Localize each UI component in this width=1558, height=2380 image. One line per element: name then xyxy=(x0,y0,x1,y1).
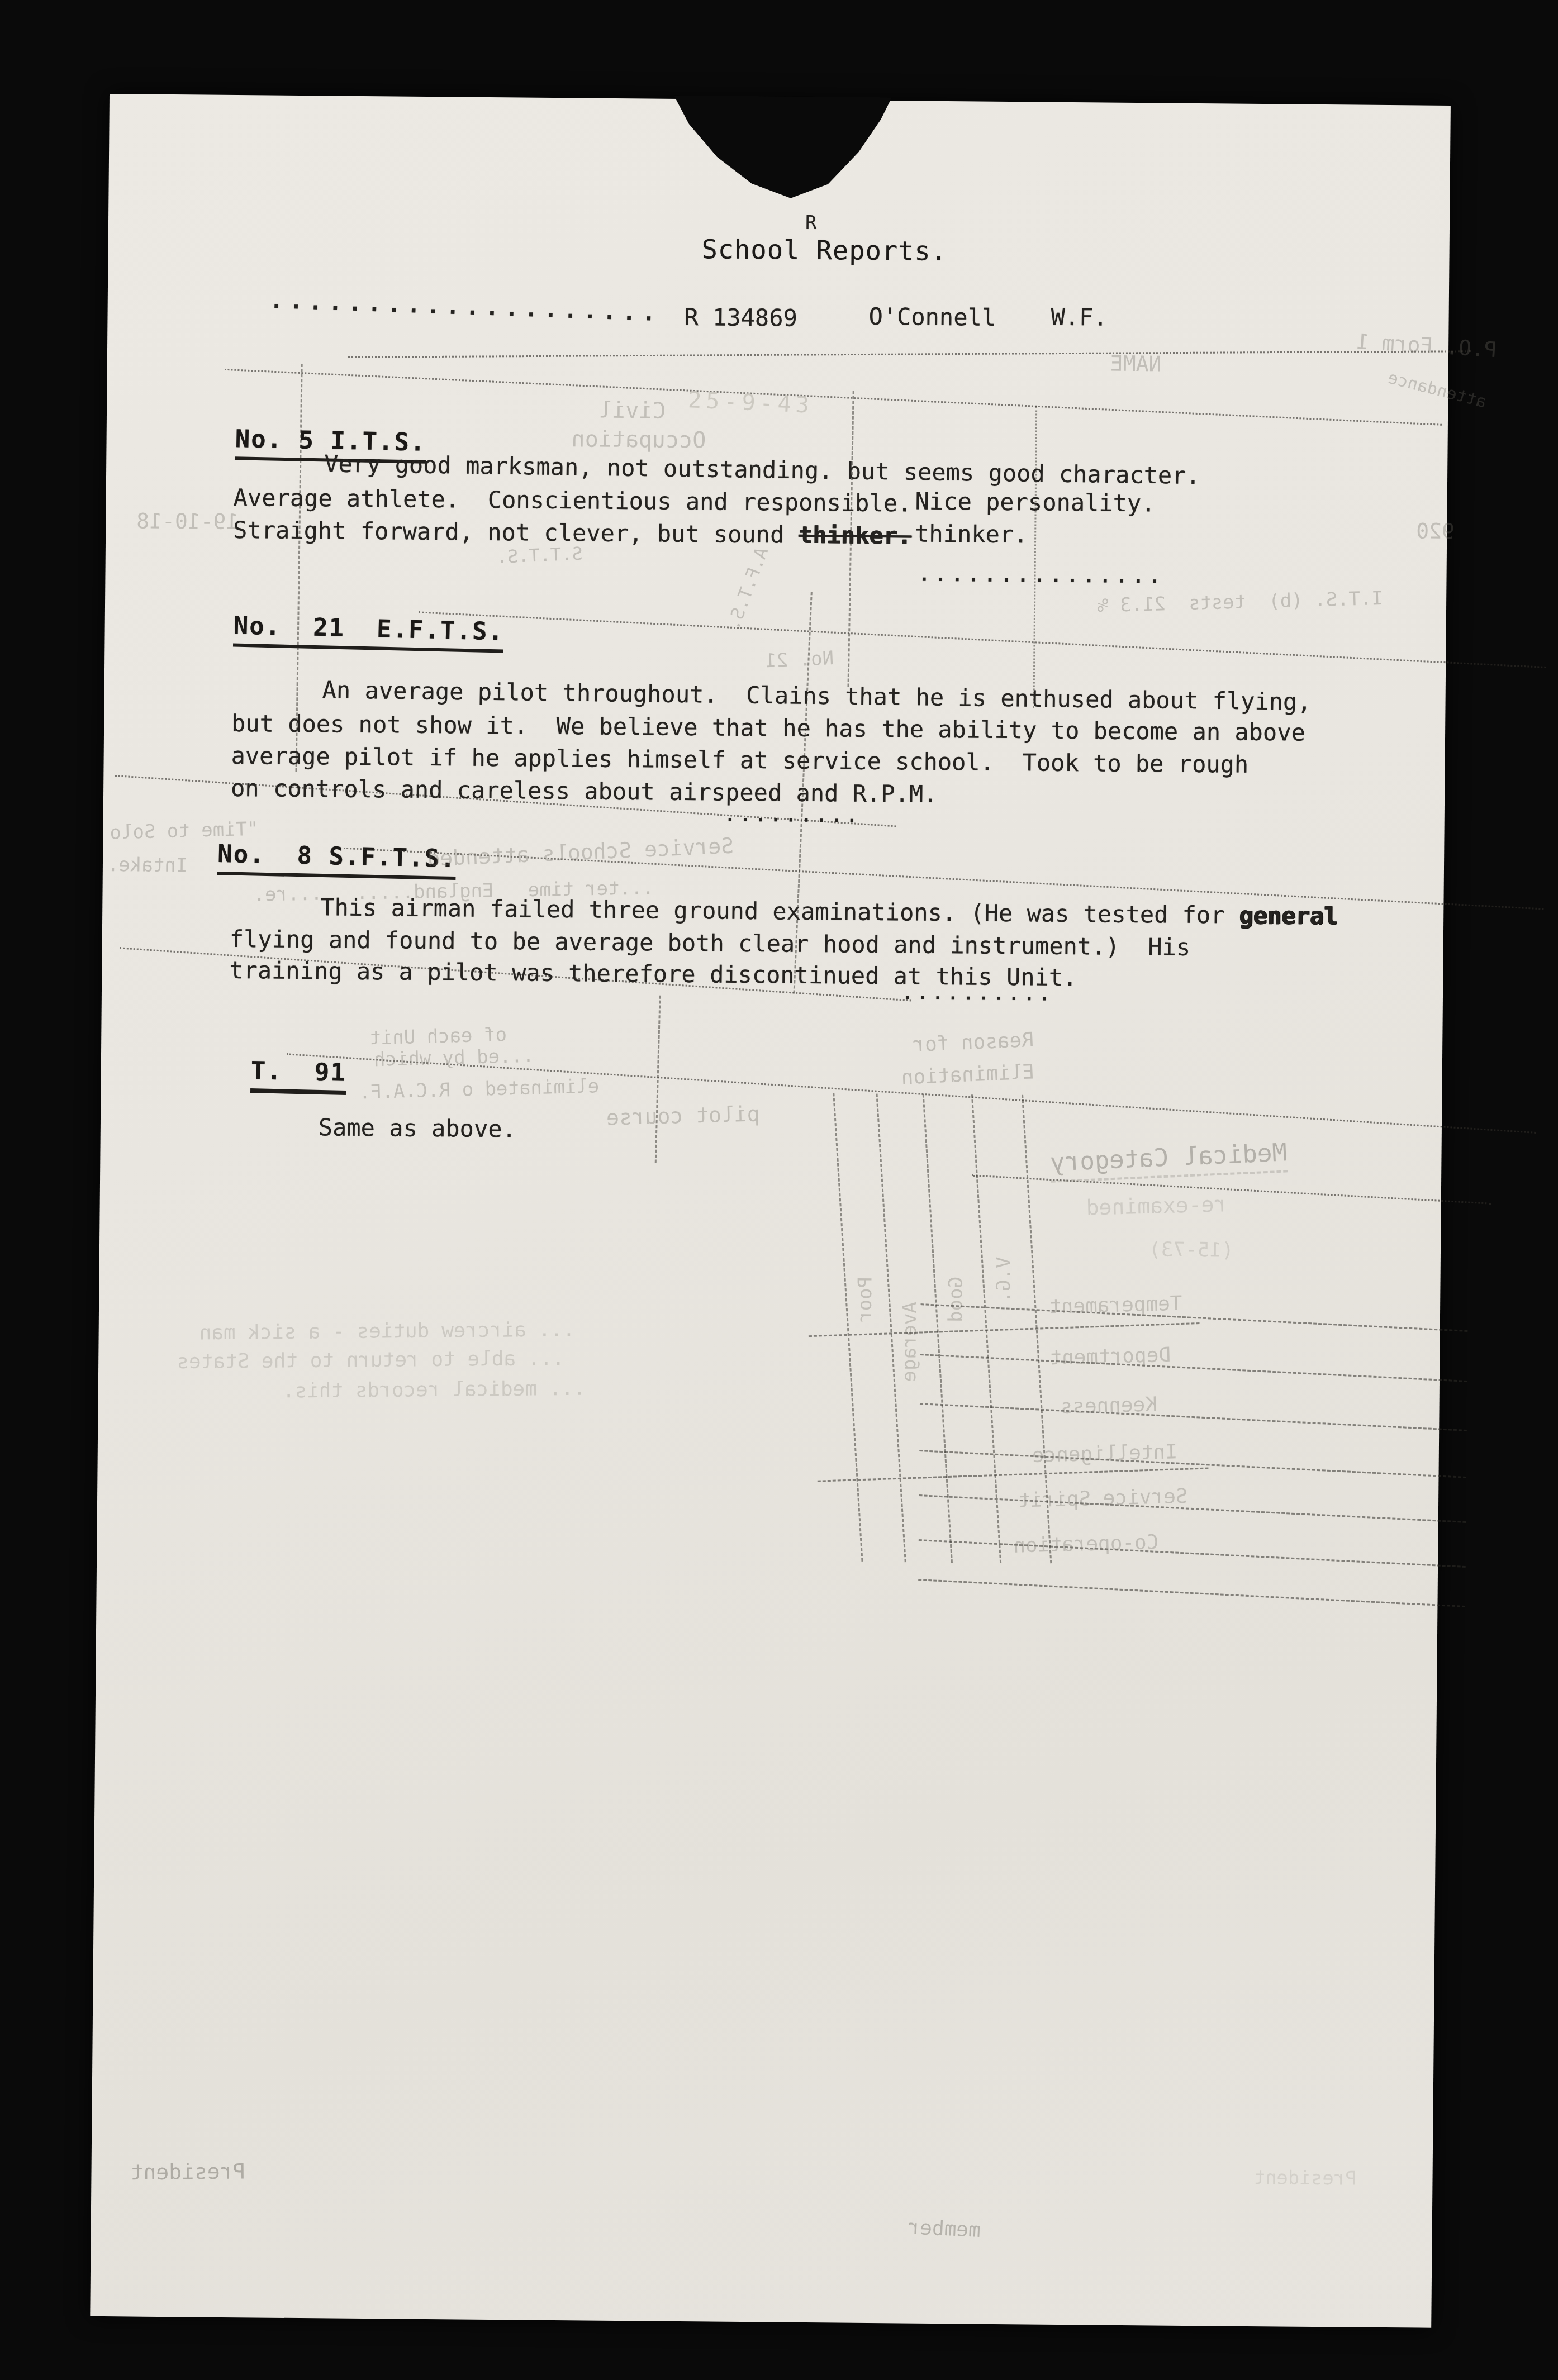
rule-line xyxy=(348,350,1471,358)
bleed-civil: Civil xyxy=(598,398,666,424)
bleed-date-left: 19-10-18 xyxy=(136,508,239,534)
its5-line3-pre: Straight forward, not clever, but sound xyxy=(233,516,799,549)
bleed-intake: Intake. xyxy=(107,854,188,877)
grid-vline xyxy=(923,1094,953,1563)
leader-dots: .................... xyxy=(269,287,662,327)
its5-line3-right: thinker. xyxy=(915,520,1028,549)
bleed-po-form: P.O. Form 1 xyxy=(1356,329,1498,362)
its5-line3-struck: thinker. xyxy=(798,521,911,550)
bleed-afts: A.F.T.S. xyxy=(723,544,773,632)
grid-col-poor: Poor xyxy=(854,1277,877,1322)
bleed-name-label: NAME xyxy=(1110,351,1162,377)
bleed-president-right: President xyxy=(1253,2167,1357,2190)
bleed-920: 920 xyxy=(1416,518,1455,544)
rule-vline xyxy=(1033,406,1037,708)
efts21-line4: on controls and careless about airspeed … xyxy=(231,774,938,808)
bleed-sent-by: ...ed by which xyxy=(373,1045,534,1071)
bleed-no21: No. 21 xyxy=(764,647,834,672)
grid-hline xyxy=(809,1322,1200,1337)
rule-vline xyxy=(655,996,661,1163)
document-paper: R School Reports. .................... R… xyxy=(90,94,1451,2328)
its5-dots: ............... xyxy=(918,564,1165,589)
bleed-para-2: ... able to return to the States xyxy=(177,1347,564,1373)
grid-vline xyxy=(833,1093,863,1562)
sfts8-line1-struck: general xyxy=(1239,902,1338,930)
surname: O'Connell xyxy=(868,303,996,332)
bleed-its-b: I.T.S. (b) tests 21.3 % xyxy=(1097,587,1384,617)
bleed-sts: S.T.T.S. xyxy=(496,542,583,568)
row-co-operation: Co-operation xyxy=(1013,1531,1159,1558)
initials: W.F. xyxy=(1051,303,1108,332)
overtype-r: R xyxy=(805,212,817,235)
bleed-occupation: Occupation xyxy=(571,426,706,453)
row-service-spirit: Service Spirit xyxy=(1018,1485,1188,1512)
grid-col-average: Average xyxy=(898,1302,921,1382)
bleed-date-stamp: 25-9-43 xyxy=(687,387,814,418)
row-intelligence: Intelligence xyxy=(1032,1440,1177,1467)
service-number: R 134869 xyxy=(684,303,797,332)
sfts8-line2: flying and found to be average both clea… xyxy=(230,925,1191,961)
its5-line1: Very good marksman, not outstanding. but… xyxy=(324,450,1200,490)
its5-line2-left: Average athlete. Conscientious and respo… xyxy=(233,484,911,518)
row-line xyxy=(918,1579,1465,1607)
row-keenness: Keenness xyxy=(1060,1393,1157,1419)
bleed-para-3: ... medical records this. xyxy=(283,1377,586,1403)
bleed-eliminated: eliminated o R.C.A.F. xyxy=(359,1075,600,1103)
bleed-member: member xyxy=(908,2216,981,2242)
rule-line xyxy=(419,611,1546,668)
bleed-para-1: ... aircrew duties - a sick man xyxy=(199,1318,575,1344)
rule-line xyxy=(225,369,1442,426)
bleed-reason-for: Reason for xyxy=(912,1029,1034,1056)
section-heading-sfts8: No. 8 S.F.T.S. xyxy=(217,840,457,880)
section-heading-efts21: No. 21 E.F.T.S. xyxy=(233,612,505,653)
t91-line1: Same as above. xyxy=(319,1113,516,1143)
grid-hline xyxy=(818,1467,1209,1482)
bleed-time-to-solo: "Time to Solo xyxy=(110,818,259,844)
row-deportment: Deportment xyxy=(1049,1344,1171,1370)
grid-col-vg: V.G. xyxy=(992,1257,1015,1303)
sfts8-dots: .......... xyxy=(902,982,1054,1005)
efts21-line3: average pilot if he applies himself at s… xyxy=(231,742,1248,779)
efts21-line2: but does not show it. We believe that he… xyxy=(231,710,1305,747)
page-title: School Reports. xyxy=(701,234,947,268)
torn-notch xyxy=(673,96,892,199)
bleed-president-left: President xyxy=(130,2159,245,2184)
efts21-line1: An average pilot throughout. Clains that… xyxy=(322,676,1312,716)
section-heading-t91: T. 91 xyxy=(250,1056,346,1095)
row-temperament: Temperament xyxy=(1049,1292,1182,1318)
bleed-pilot-course: pilot course xyxy=(606,1101,761,1130)
grid-col-good: Good xyxy=(944,1277,967,1322)
bleed-attendance: attendance xyxy=(1386,368,1489,412)
scanner-background: { "document": { "title": "School Reports… xyxy=(0,0,1558,2380)
